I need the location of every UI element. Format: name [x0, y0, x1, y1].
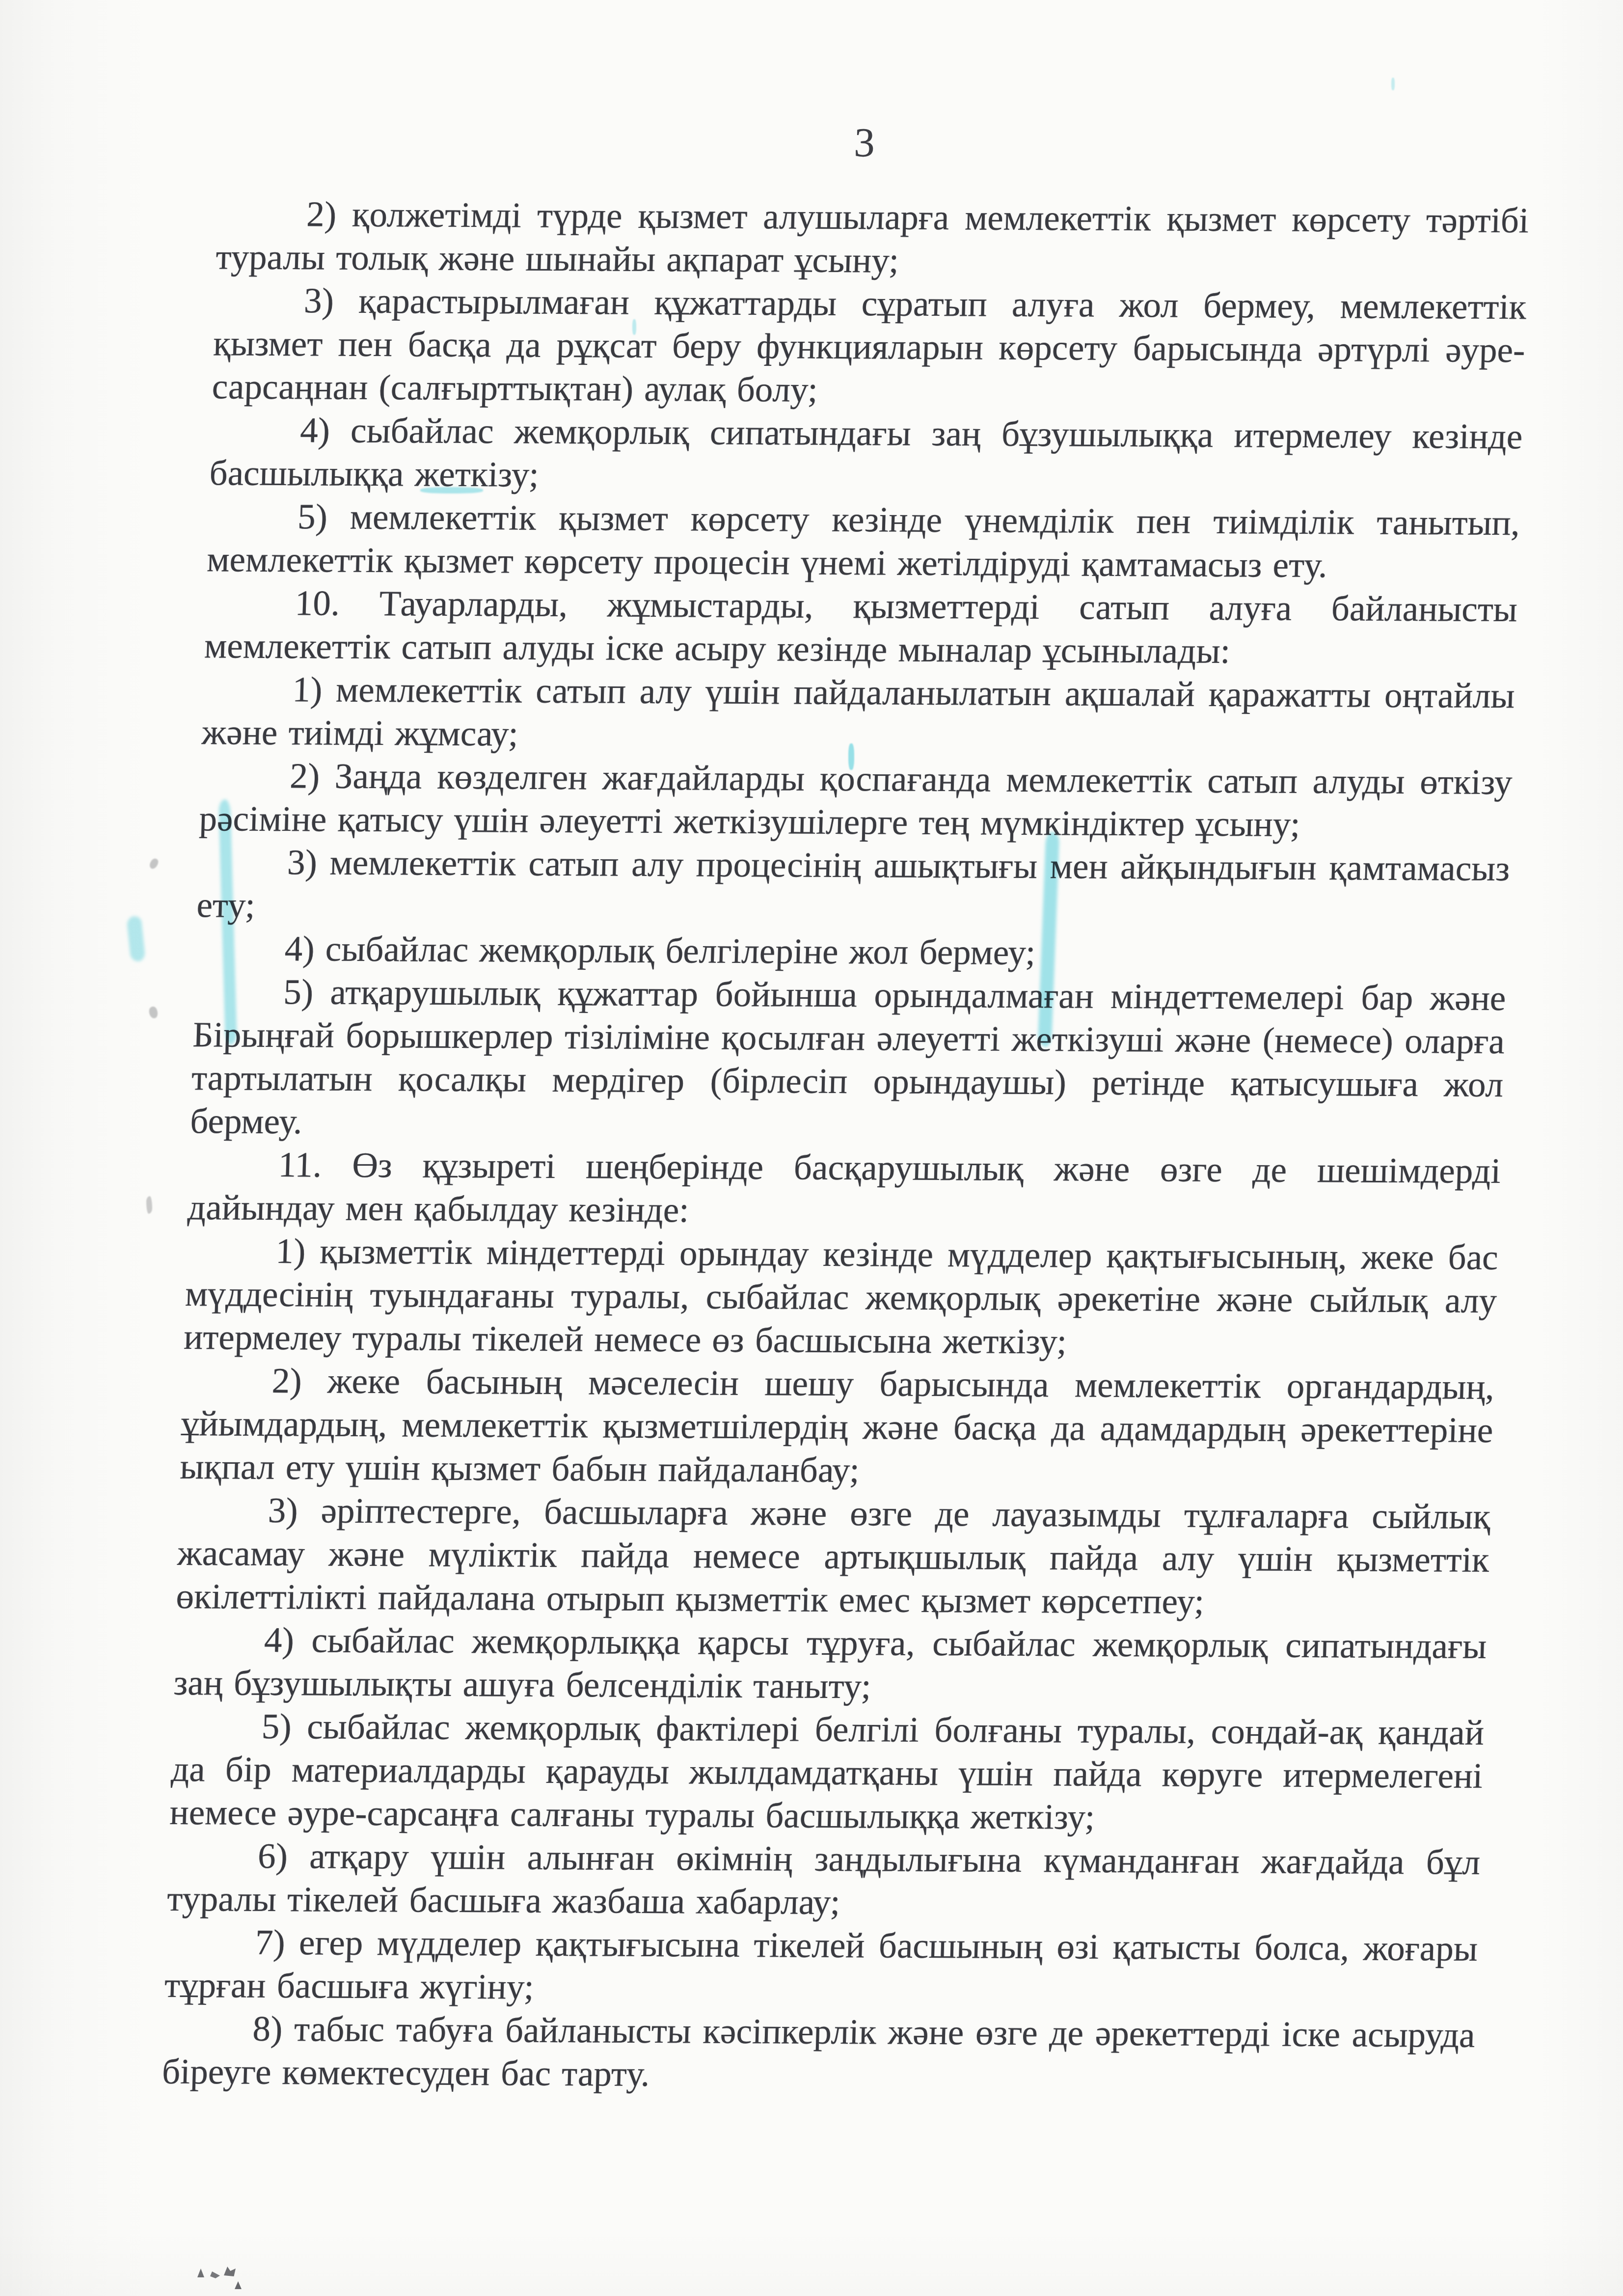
- paragraph: 6) атқару үшін алынған өкімнің заңдылығы…: [166, 1834, 1481, 1927]
- paragraph: 3) қарастырылмаған құжаттарды сұратып ал…: [212, 278, 1527, 415]
- paragraph: 5) атқарушылық құжаттар бойынша орындалм…: [189, 970, 1506, 1149]
- paragraph: 4) сыбайлас жемқорлық белгілеріне жол бе…: [195, 927, 1508, 977]
- paragraph-section-10: 10. Тауарларды, жұмыстарды, қызметтерді …: [204, 581, 1518, 674]
- paragraph: 3) мемлекеттік сатып алу процесінің ашық…: [196, 840, 1510, 933]
- paragraph: 5) мемлекеттік қызмет көрсету кезінде үн…: [206, 494, 1520, 588]
- paragraph-section-11: 11. Өз құзыреті шеңберінде басқарушылық …: [187, 1143, 1501, 1236]
- paragraph: 4) сыбайлас жемқорлық сипатындағы заң бұ…: [209, 408, 1523, 501]
- page-number: 3: [0, 114, 1623, 171]
- paragraph: 2) жеке басының мәселесін шешу барысында…: [179, 1359, 1495, 1495]
- paragraph: 1) қызметтік міндеттерді орындау кезінде…: [183, 1229, 1499, 1366]
- paragraph: 2) Заңда көзделген жағдайларды қоспағанд…: [199, 754, 1513, 847]
- paragraph: 8) табыс табуға байланысты кәсіпкерлік ж…: [162, 2007, 1476, 2100]
- scanned-document-page: 3 2) қолжетімді түрде қызмет алушыларға …: [0, 0, 1623, 2296]
- paragraph: 3) әріптестерге, басшыларға және өзге де…: [176, 1488, 1491, 1625]
- paragraph: 4) сыбайлас жемқорлыққа қарсы тұруға, сы…: [173, 1618, 1487, 1711]
- paragraph: 7) егер мүдделер қақтығысына тікелей бас…: [164, 1920, 1478, 2014]
- paragraph: 2) қолжетімді түрде қызмет алушыларға ме…: [215, 192, 1529, 285]
- document-body: 2) қолжетімді түрде қызмет алушыларға ме…: [162, 192, 1530, 2100]
- paragraph: 5) сыбайлас жемқорлық фактілері белгілі …: [169, 1704, 1485, 1841]
- document-sheet: 3 2) қолжетімді түрде қызмет алушыларға …: [0, 0, 1623, 2296]
- paragraph: 1) мемлекеттік сатып алу үшін пайдаланыл…: [201, 667, 1515, 761]
